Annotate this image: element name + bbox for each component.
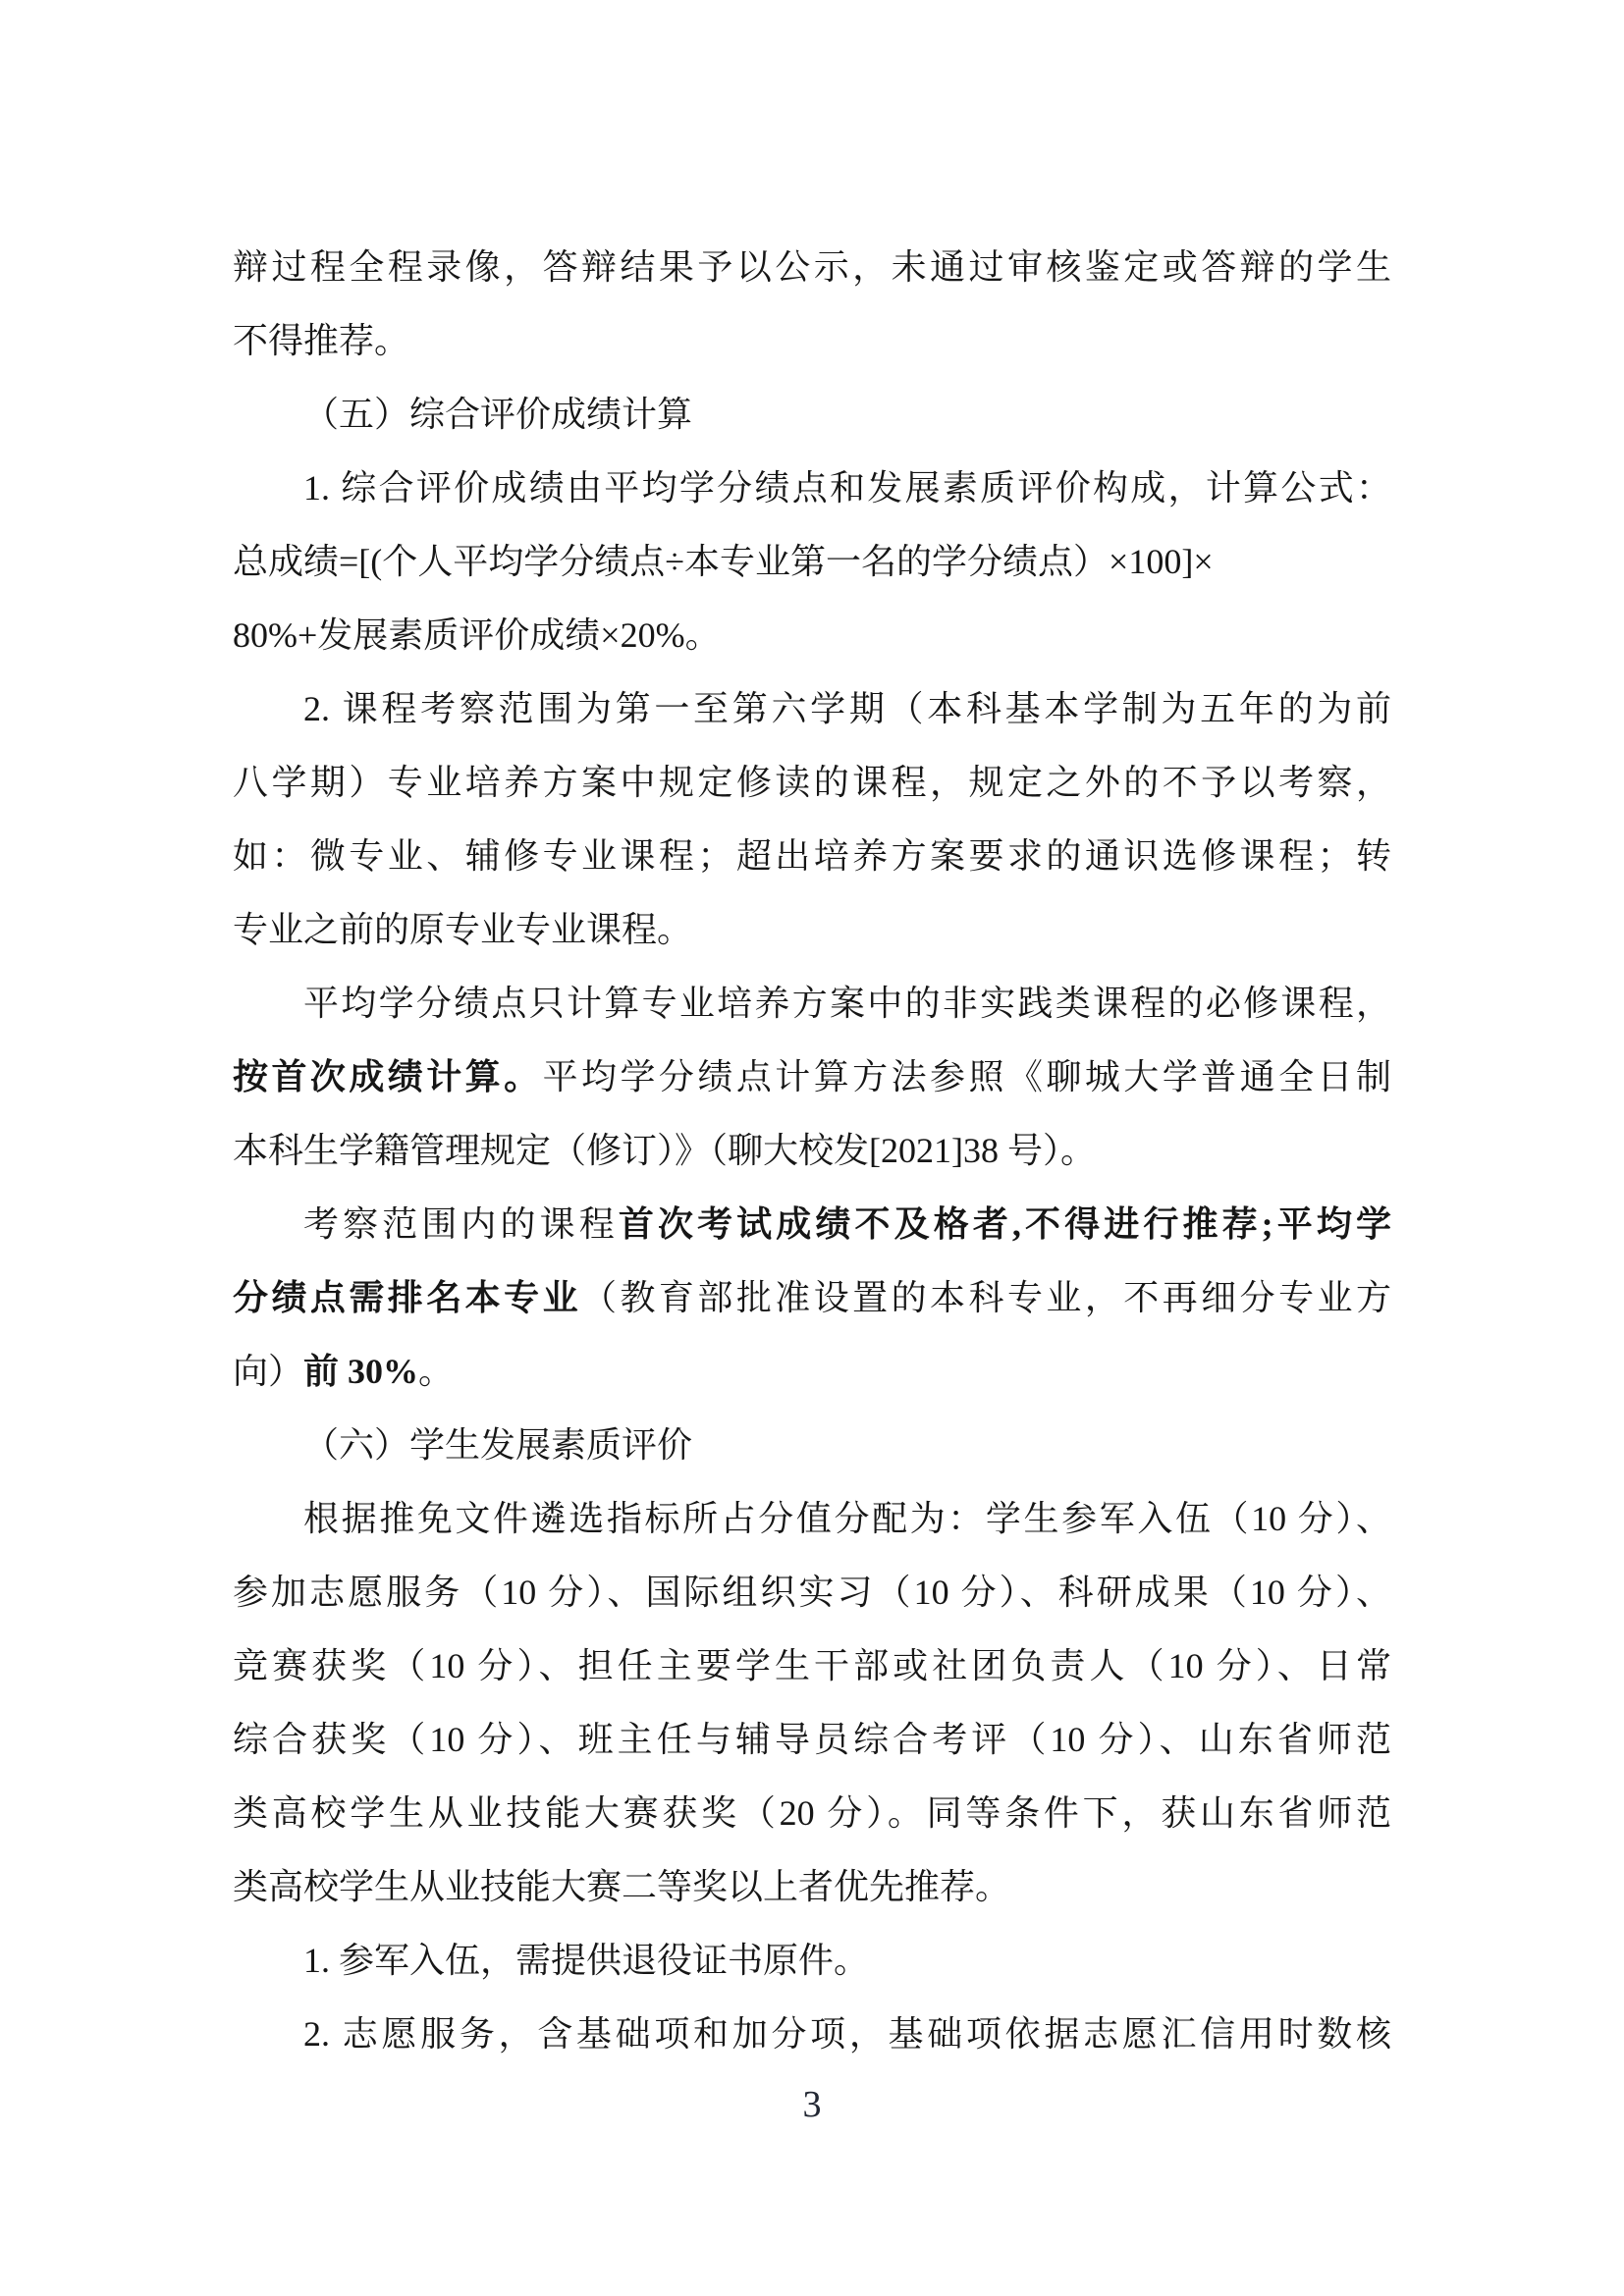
page-footer: 3 <box>0 2083 1624 2126</box>
text-run: 类高校学生从业技能大赛获奖（20 分）。同等条件下，获山东省师范 <box>233 1793 1391 1833</box>
text-run: 如：微专业、辅修专业课程；超出培养方案要求的通识选修课程；转 <box>233 836 1391 876</box>
text-line: 总成绩=[(个人平均学分绩点÷本专业第一名的学分绩点）×100]× <box>233 525 1391 599</box>
text-run: 不得推荐。 <box>233 321 409 360</box>
text-run: 根据推免文件遴选指标所占分值分配为：学生参军入伍（10 分）、 <box>303 1499 1391 1538</box>
text-run: 1. 参军入伍，需提供退役证书原件。 <box>303 1941 869 1980</box>
text-run: 专业之前的原专业专业课程。 <box>233 910 692 949</box>
text-line: 辩过程全程录像，答辩结果予以公示，未通过审核鉴定或答辩的学生 <box>233 231 1391 304</box>
text-run: 八学期）专业培养方案中规定修读的课程，规定之外的不予以考察， <box>233 763 1391 802</box>
document-body: 辩过程全程录像，答辩结果予以公示，未通过审核鉴定或答辩的学生不得推荐。（五）综合… <box>233 231 1391 2071</box>
text-run: 。 <box>418 1352 454 1391</box>
text-run-bold: 首次考试成绩不及格者,不得进行推荐;平均学 <box>619 1204 1391 1244</box>
text-line: 平均学分绩点只计算专业培养方案中的非实践类课程的必修课程， <box>233 967 1391 1041</box>
text-line: 八学期）专业培养方案中规定修读的课程，规定之外的不予以考察， <box>233 746 1391 820</box>
text-run: 2. 课程考察范围为第一至第六学期（本科基本学制为五年的为前 <box>303 689 1391 728</box>
text-run: （六）学生发展素质评价 <box>303 1425 692 1465</box>
text-line: 分绩点需排名本专业（教育部批准设置的本科专业，不再细分专业方 <box>233 1261 1391 1335</box>
text-run-bold: 分绩点需排名本专业 <box>233 1278 581 1317</box>
text-line: 80%+发展素质评价成绩×20%。 <box>233 599 1391 672</box>
text-run: 平均学分绩点只计算专业培养方案中的非实践类课程的必修课程， <box>303 984 1391 1023</box>
text-line: 考察范围内的课程首次考试成绩不及格者,不得进行推荐;平均学 <box>233 1188 1391 1261</box>
text-run: 80%+发展素质评价成绩×20%。 <box>233 615 721 655</box>
text-line: 竞赛获奖（10 分）、担任主要学生干部或社团负责人（10 分）、日常 <box>233 1629 1391 1703</box>
text-run: 总成绩=[(个人平均学分绩点÷本专业第一名的学分绩点）×100]× <box>233 542 1214 581</box>
text-line: 按首次成绩计算。平均学分绩点计算方法参照《聊城大学普通全日制 <box>233 1041 1391 1114</box>
text-line: 类高校学生从业技能大赛二等奖以上者优先推荐。 <box>233 1850 1391 1924</box>
text-run: （教育部批准设置的本科专业，不再细分专业方 <box>581 1278 1391 1317</box>
text-run-bold: 前 30% <box>303 1352 418 1391</box>
page-number: 3 <box>803 2084 822 2125</box>
text-run: 参加志愿服务（10 分）、国际组织实习（10 分）、科研成果（10 分）、 <box>233 1573 1391 1612</box>
text-line: 如：微专业、辅修专业课程；超出培养方案要求的通识选修课程；转 <box>233 820 1391 893</box>
text-run: 1. 综合评价成绩由平均学分绩点和发展素质评价构成，计算公式： <box>303 468 1391 507</box>
text-run: 竞赛获奖（10 分）、担任主要学生干部或社团负责人（10 分）、日常 <box>233 1646 1391 1685</box>
text-line: 2. 志愿服务，含基础项和加分项，基础项依据志愿汇信用时数核 <box>233 1998 1391 2071</box>
text-run: 辩过程全程录像，答辩结果予以公示，未通过审核鉴定或答辩的学生 <box>233 247 1391 287</box>
text-run: 平均学分绩点计算方法参照《聊城大学普通全日制 <box>543 1057 1391 1096</box>
text-run: 2. 志愿服务，含基础项和加分项，基础项依据志愿汇信用时数核 <box>303 2014 1391 2054</box>
text-run: 本科生学籍管理规定（修订）》（聊大校发[2021]38 号）。 <box>233 1131 1096 1170</box>
text-line: 专业之前的原专业专业课程。 <box>233 893 1391 967</box>
text-line: 1. 综合评价成绩由平均学分绩点和发展素质评价构成，计算公式： <box>233 452 1391 525</box>
text-run: 综合获奖（10 分）、班主任与辅导员综合考评（10 分）、山东省师范 <box>233 1720 1391 1759</box>
document-page: 辩过程全程录像，答辩结果予以公示，未通过审核鉴定或答辩的学生不得推荐。（五）综合… <box>0 0 1624 2296</box>
text-line: 根据推免文件遴选指标所占分值分配为：学生参军入伍（10 分）、 <box>233 1482 1391 1556</box>
text-run: 向） <box>233 1352 303 1391</box>
text-line: 向）前 30%。 <box>233 1335 1391 1409</box>
text-line: 参加志愿服务（10 分）、国际组织实习（10 分）、科研成果（10 分）、 <box>233 1556 1391 1629</box>
text-line: （五）综合评价成绩计算 <box>233 378 1391 452</box>
text-run-bold: 按首次成绩计算。 <box>233 1057 543 1096</box>
text-line: 2. 课程考察范围为第一至第六学期（本科基本学制为五年的为前 <box>233 672 1391 746</box>
text-line: 1. 参军入伍，需提供退役证书原件。 <box>233 1924 1391 1998</box>
text-line: 本科生学籍管理规定（修订）》（聊大校发[2021]38 号）。 <box>233 1114 1391 1188</box>
text-line: （六）学生发展素质评价 <box>233 1409 1391 1482</box>
text-run: 考察范围内的课程 <box>303 1204 619 1244</box>
text-line: 综合获奖（10 分）、班主任与辅导员综合考评（10 分）、山东省师范 <box>233 1703 1391 1777</box>
text-run: （五）综合评价成绩计算 <box>303 395 692 434</box>
text-run: 类高校学生从业技能大赛二等奖以上者优先推荐。 <box>233 1867 1010 1906</box>
text-line: 不得推荐。 <box>233 304 1391 378</box>
text-line: 类高校学生从业技能大赛获奖（20 分）。同等条件下，获山东省师范 <box>233 1777 1391 1850</box>
